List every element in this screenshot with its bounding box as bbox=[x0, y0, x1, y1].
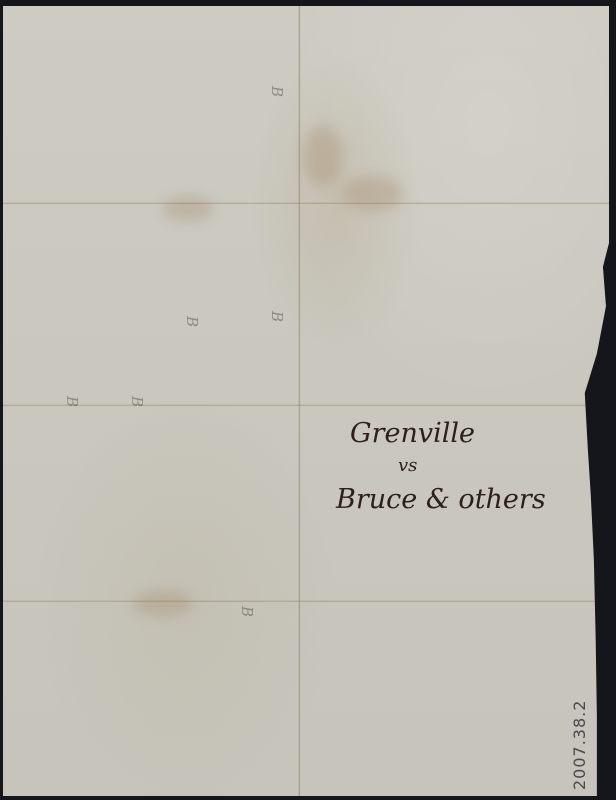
water-stain bbox=[303, 126, 343, 186]
horizontal-fold-line bbox=[3, 202, 609, 205]
bleed-through-text: B bbox=[128, 396, 146, 411]
water-stain bbox=[133, 591, 193, 616]
bleed-through-text: B bbox=[183, 316, 201, 331]
docket-plaintiff: Grenville bbox=[350, 418, 475, 449]
docket-defendants: Bruce & others bbox=[336, 484, 546, 515]
docket-versus: vs bbox=[398, 455, 417, 476]
bleed-through-text: B bbox=[268, 311, 286, 326]
horizontal-fold-line bbox=[3, 404, 609, 407]
bleed-through-text: B bbox=[63, 396, 81, 411]
horizontal-fold-line bbox=[3, 600, 609, 603]
water-stain bbox=[163, 196, 213, 221]
bleed-through-text: B bbox=[268, 86, 286, 101]
vertical-fold-line bbox=[298, 6, 301, 796]
catalog-number: 2007.38.2 bbox=[570, 700, 589, 790]
manuscript-page: B B B B B B bbox=[3, 6, 609, 796]
water-stain bbox=[343, 176, 403, 211]
bleed-through-text: B bbox=[238, 606, 256, 621]
